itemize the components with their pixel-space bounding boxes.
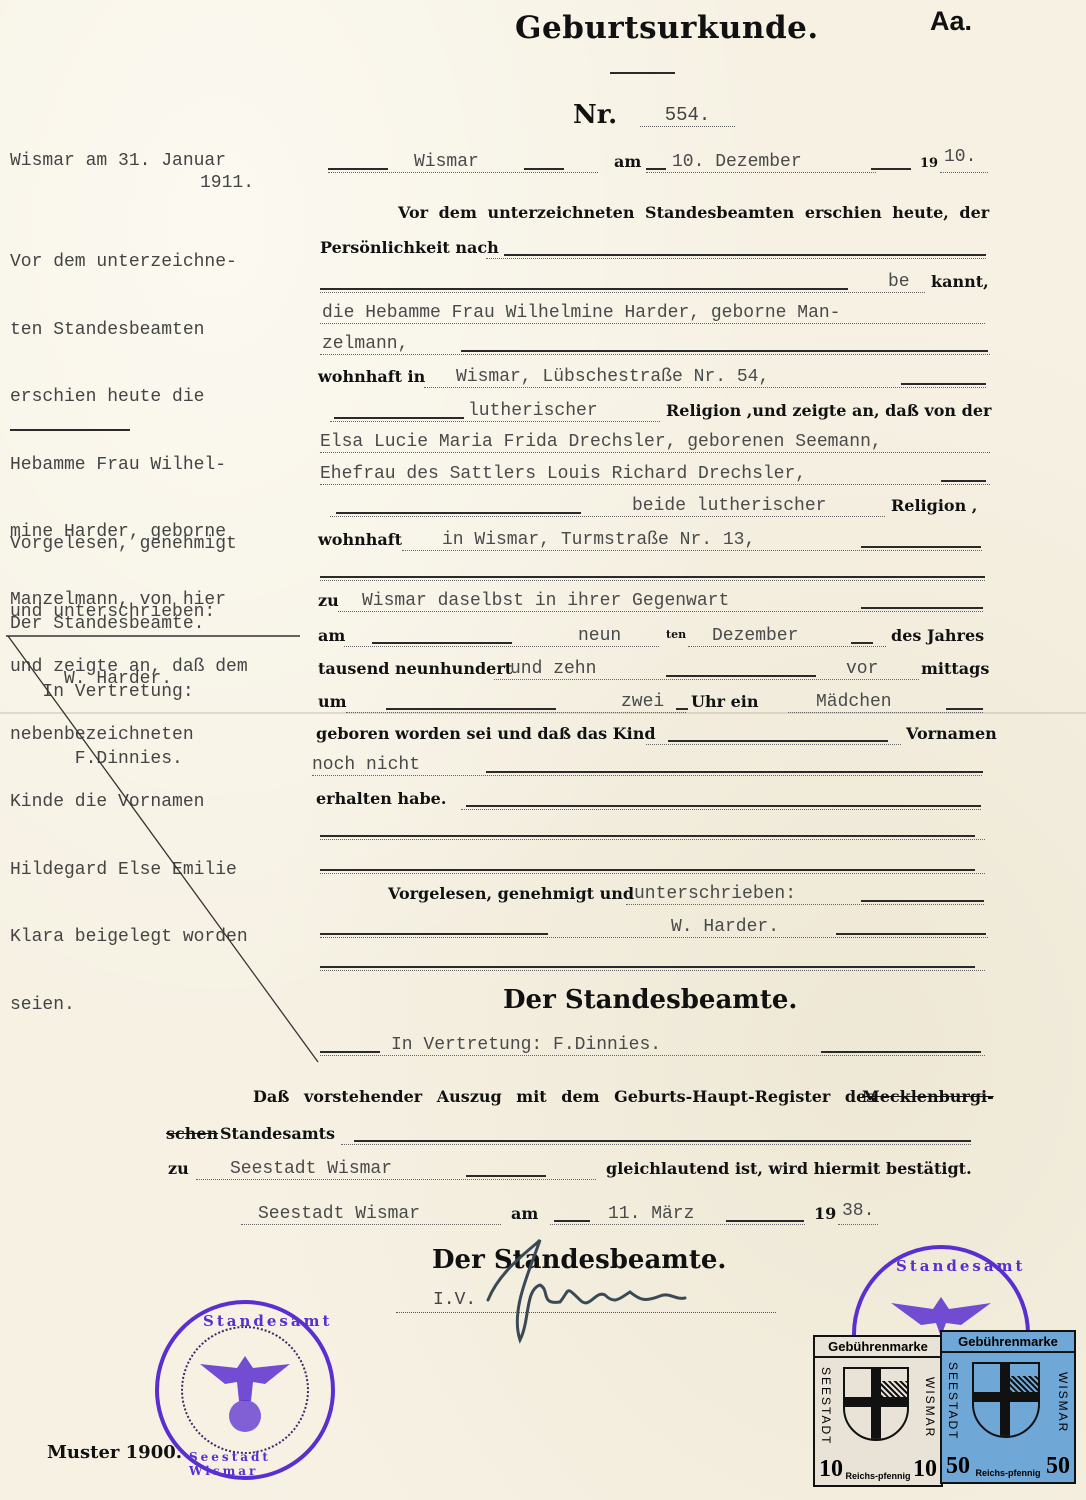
fee-stamp-value: 10 [913, 1456, 937, 1483]
number-value: 554. [640, 104, 735, 127]
century-label: 19 [814, 1204, 836, 1223]
informant-signature: W. Harder. [671, 917, 779, 937]
vor-mittags-value: vor [846, 659, 878, 679]
standesamt-label: Standesamts [220, 1124, 335, 1143]
informant-row-1: die Hebamme Frau Wilhelmine Harder, gebo… [316, 296, 988, 326]
religion-label: Religion , [891, 496, 977, 515]
mittags-label: mittags [921, 659, 989, 678]
birth-hour: zwei [621, 692, 664, 712]
fee-stamp-value: 50 [1046, 1453, 1070, 1480]
document-title: Geburtsurkunde. [515, 10, 819, 46]
seal-top-text: Standesamt [896, 1257, 1025, 1275]
century-label: 19 [920, 156, 938, 171]
um-label: um [318, 692, 347, 711]
fee-stamp-10: Gebührenmarke SEESTADT WISMAR 10 Reichs-… [813, 1335, 943, 1487]
parents-religion: beide lutherischer [632, 496, 826, 516]
zu-label: zu [168, 1159, 189, 1178]
wohnhaft-in-label: wohnhaft in [318, 367, 425, 386]
birth-month: Dezember [712, 626, 798, 646]
am-label: am [511, 1204, 538, 1223]
series-code: Aa. [930, 6, 972, 37]
informant-address-row: wohnhaft in Wismar, Lübschestraße Nr. 54… [316, 360, 988, 390]
issue-year-suffix: 38. [842, 1201, 874, 1221]
father-row: Ehefrau des Sattlers Louis Richard Drech… [316, 457, 988, 487]
uhr-ein-label: Uhr ein [691, 692, 758, 711]
ten-label: ten [666, 628, 686, 641]
record-place-date-row: Wismar am 10. Dezember 19 10. [316, 145, 988, 175]
geboren-label: geboren worden sei und daß das Kind [316, 724, 656, 743]
birth-date-row: am neun ten Dezember des Jahres [316, 619, 988, 649]
bekannt-prefix: be [888, 272, 910, 292]
informant-religion: lutherischer [468, 401, 598, 421]
informant-address: Wismar, Lübschestraße Nr. 54, [456, 367, 769, 387]
informant-row-2: zelmann, [316, 327, 988, 357]
birth-time-row: um zwei Uhr ein Mädchen [316, 685, 988, 715]
birth-place: Wismar daselbst in ihrer Gegenwart [362, 591, 729, 611]
informant-name: die Hebamme Frau Wilhelmine Harder, gebo… [322, 303, 840, 323]
certification-place-row: zu Seestadt Wismar gleichlautend ist, wi… [166, 1152, 976, 1182]
issue-date-row: Seestadt Wismar am 11. März 19 38. [166, 1197, 976, 1227]
confirm-text: gleichlautend ist, wird hiermit bestätig… [606, 1159, 972, 1178]
form-footer: Muster 1900. [47, 1442, 182, 1463]
wohnhaft-label: wohnhaft [318, 530, 402, 549]
issue-place: Seestadt Wismar [258, 1204, 420, 1224]
eagle-emblem-icon [195, 1346, 295, 1436]
tausend-label: tausend neunhundert [318, 659, 512, 678]
fee-stamp-side-text: SEESTADT [946, 1362, 960, 1440]
mother-name: Elsa Lucie Maria Frida Drechsler, gebore… [320, 432, 882, 452]
father-name: Ehefrau des Sattlers Louis Richard Drech… [320, 464, 806, 484]
fee-stamp-side-text: WISMAR [923, 1377, 937, 1438]
mother-row: Elsa Lucie Maria Frida Drechsler, gebore… [316, 425, 988, 455]
informant-religion-row: lutherischer Religion ,und zeigte an, da… [316, 394, 988, 424]
bekannt-row: be kannt, [316, 265, 988, 295]
blank-row [316, 846, 988, 876]
fee-stamp-header: Gebührenmarke [942, 1332, 1074, 1353]
record-year-suffix: 10. [944, 147, 976, 167]
fee-stamp-header: Gebührenmarke [815, 1337, 941, 1358]
informant-name-cont: zelmann, [322, 334, 408, 354]
am-label: am [318, 626, 345, 645]
intro-text: Vor dem unterzeichneten Standesbeamten e… [398, 203, 989, 222]
fee-stamp-50: Gebührenmarke SEESTADT WISMAR 50 Reichs-… [940, 1330, 1076, 1484]
cancellation-lines [0, 0, 330, 1070]
child-sex: Mädchen [816, 692, 892, 712]
birth-day: neun [578, 626, 621, 646]
coat-of-arms-icon [843, 1367, 909, 1441]
coat-of-arms-icon [972, 1362, 1040, 1438]
birth-year-words: und zehn [510, 659, 596, 679]
vorgelesen-value: unterschrieben: [634, 884, 796, 904]
fee-stamp-side-text: WISMAR [1056, 1372, 1070, 1433]
blank-row [316, 943, 988, 973]
vornamen-value: noch nicht [312, 755, 420, 775]
record-place: Wismar [414, 152, 479, 172]
kind-row: geboren worden sei und daß das Kind Vorn… [316, 717, 988, 747]
issue-date: 11. März [608, 1204, 694, 1224]
parents-address-row: wohnhaft in Wismar, Turmstraße Nr. 13, [316, 523, 988, 553]
official-signature-row: In Vertretung: F.Dinnies. [316, 1028, 988, 1058]
persoenlichkeit-row: Persönlichkeit nach [316, 231, 988, 261]
record-date: 10. Dezember [672, 152, 802, 172]
blank-row [316, 812, 988, 842]
des-jahres-label: des Jahres [891, 626, 984, 645]
parents-address: in Wismar, Turmstraße Nr. 13, [442, 530, 755, 550]
fee-stamp-side-text: SEESTADT [819, 1367, 833, 1445]
title-divider [610, 72, 675, 74]
informant-signature-row: W. Harder. [316, 910, 988, 940]
erhalten-row: erhalten habe. [316, 782, 988, 812]
blank-row [316, 553, 988, 583]
struck-word: Mecklenburgi- [862, 1087, 994, 1106]
certification-place: Seestadt Wismar [230, 1159, 392, 1179]
birth-year-row: tausend neunhundert und zehn vor mittags [316, 652, 988, 682]
vornamen-label: Vornamen [906, 724, 997, 743]
handwritten-signature [470, 1230, 710, 1350]
certification-text: Daß vorstehender Auszug mit dem Geburts-… [253, 1087, 875, 1106]
seal-bottom-text: Seestadt Wismar [189, 1450, 331, 1478]
struck-prefix: schen [166, 1124, 218, 1143]
vorgelesen-label: Vorgelesen, genehmigt und [388, 884, 634, 903]
number-label: Nr. [573, 100, 617, 130]
vorgelesen-row: Vorgelesen, genehmigt und unterschrieben… [316, 877, 988, 907]
official-signature: In Vertretung: F.Dinnies. [391, 1035, 661, 1055]
erhalten-label: erhalten habe. [316, 789, 446, 808]
zu-label: zu [318, 591, 339, 610]
birth-place-row: zu Wismar daselbst in ihrer Gegenwart [316, 584, 988, 614]
religion-clause: Religion ,und zeigte an, daß von der [666, 401, 991, 420]
persoenlichkeit-label: Persönlichkeit nach [320, 238, 499, 257]
vornamen-row: noch nicht [316, 748, 988, 778]
standesamt-row: schen Standesamts [166, 1117, 976, 1147]
am-label: am [614, 152, 641, 171]
official-heading: Der Standesbeamte. [503, 985, 797, 1015]
bekannt-label: kannt, [931, 272, 989, 291]
parents-religion-row: beide lutherischer Religion , [316, 489, 988, 519]
seal-top-text: Standesamt [203, 1312, 332, 1330]
